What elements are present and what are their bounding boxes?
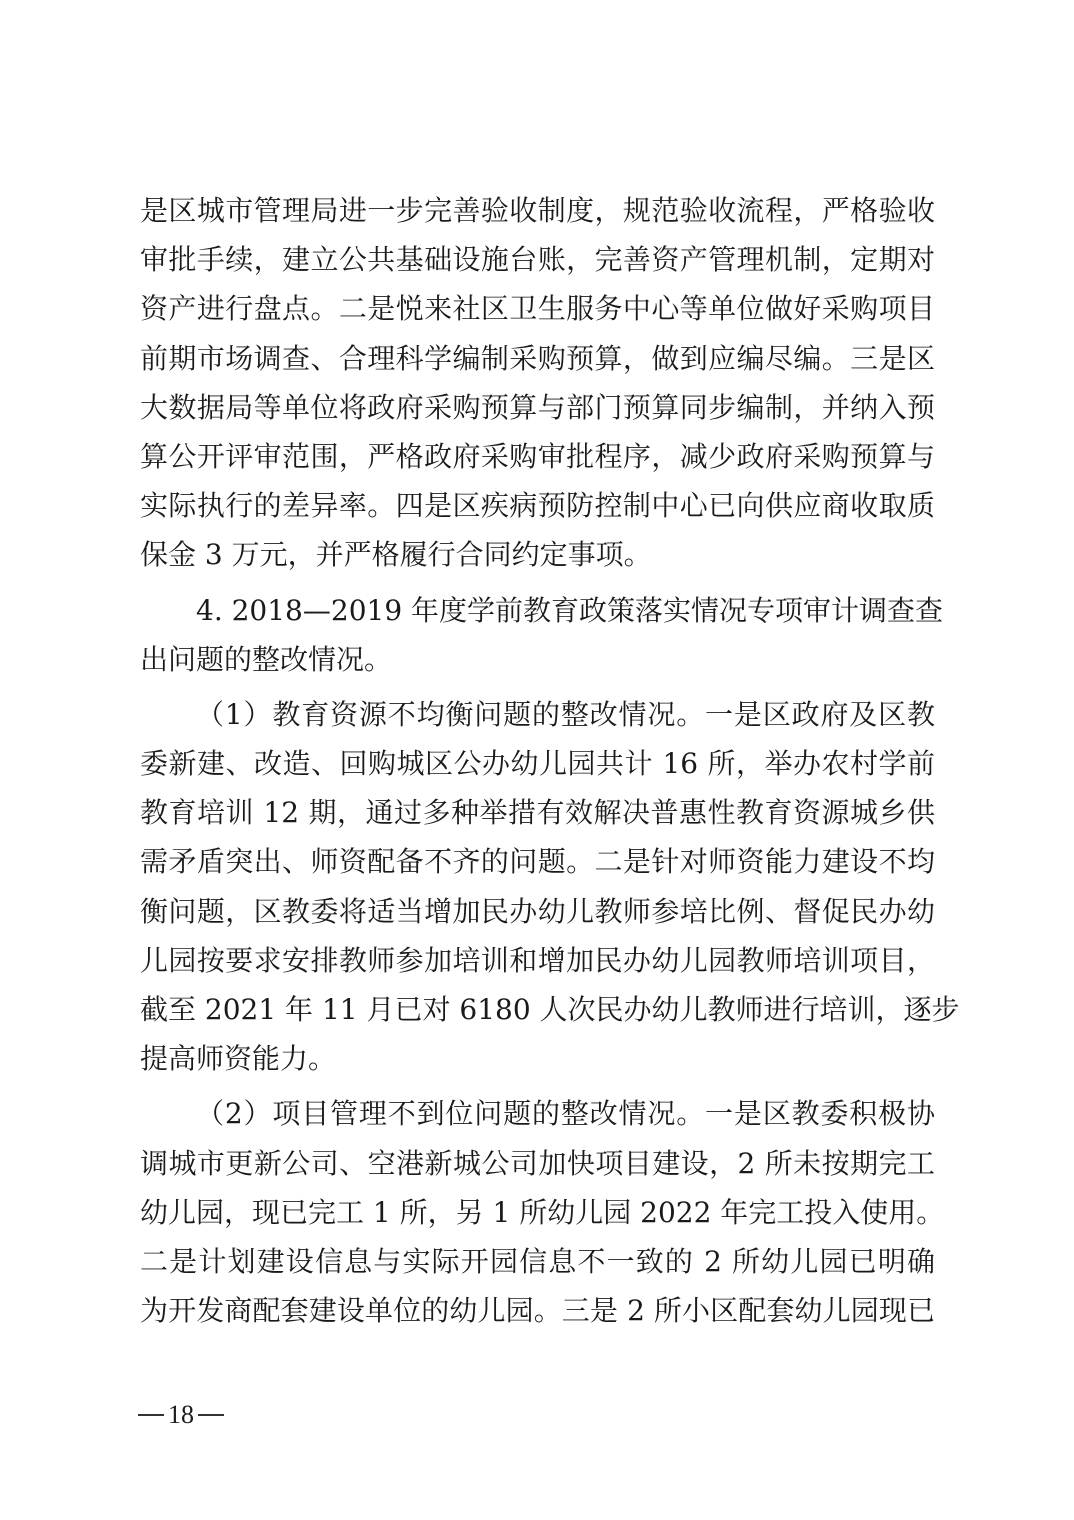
paragraph-section-4: 4. 2018—2019 年度学前教育政策落实情况专项审计调查查 出问题的整改情… (140, 586, 935, 684)
text-line: （2）项目管理不到位问题的整改情况。一是区教委积极协 (140, 1089, 935, 1138)
text-line: 大数据局等单位将政府采购预算与部门预算同步编制，并纳入预 (140, 383, 935, 432)
document-page: 是区城市管理局进一步完善验收制度，规范验收流程，严格验收 审批手续，建立公共基础… (0, 0, 1074, 1520)
text-line: 教育培训 12 期，通过多种举措有效解决普惠性教育资源城乡供 (140, 788, 935, 837)
text-line: 实际执行的差异率。四是区疾病预防控制中心已向供应商收取质 (140, 481, 935, 530)
footer-dash-right (198, 1414, 224, 1416)
text-line: 截至 2021 年 11 月已对 6180 人次民办幼儿教师进行培训，逐步 (140, 985, 935, 1034)
page-footer: 18 (138, 1400, 224, 1430)
paragraph-item-1: （1）教育资源不均衡问题的整改情况。一是区政府及区教 委新建、改造、回购城区公办… (140, 690, 935, 1084)
text-line: 儿园按要求安排教师参加培训和增加民办幼儿园教师培训项目， (140, 936, 935, 985)
text-line: 保金 3 万元，并严格履行合同约定事项。 (140, 530, 935, 579)
text-line: 为开发商配套建设单位的幼儿园。三是 2 所小区配套幼儿园现已 (140, 1286, 935, 1335)
text-line: （1）教育资源不均衡问题的整改情况。一是区政府及区教 (140, 690, 935, 739)
section-heading-line: 出问题的整改情况。 (140, 635, 935, 684)
page-number: 18 (168, 1400, 194, 1430)
text-line: 资产进行盘点。二是悦来社区卫生服务中心等单位做好采购项目 (140, 284, 935, 333)
text-line: 前期市场调查、合理科学编制采购预算，做到应编尽编。三是区 (140, 334, 935, 383)
text-line: 幼儿园，现已完工 1 所，另 1 所幼儿园 2022 年完工投入使用。 (140, 1188, 935, 1237)
text-line: 提高师资能力。 (140, 1034, 935, 1083)
text-line: 委新建、改造、回购城区公办幼儿园共计 16 所，举办农村学前 (140, 739, 935, 788)
section-heading-line: 4. 2018—2019 年度学前教育政策落实情况专项审计调查查 (140, 586, 935, 635)
paragraph-continuation: 是区城市管理局进一步完善验收制度，规范验收流程，严格验收 审批手续，建立公共基础… (140, 186, 935, 580)
footer-dash-left (138, 1414, 164, 1416)
text-line: 审批手续，建立公共基础设施台账，完善资产管理机制，定期对 (140, 235, 935, 284)
body-text: 是区城市管理局进一步完善验收制度，规范验收流程，严格验收 审批手续，建立公共基础… (140, 186, 935, 1335)
paragraph-item-2: （2）项目管理不到位问题的整改情况。一是区教委积极协 调城市更新公司、空港新城公… (140, 1089, 935, 1335)
text-line: 二是计划建设信息与实际开园信息不一致的 2 所幼儿园已明确 (140, 1237, 935, 1286)
text-line: 算公开评审范围，严格政府采购审批程序，减少政府采购预算与 (140, 432, 935, 481)
text-line: 调城市更新公司、空港新城公司加快项目建设，2 所未按期完工 (140, 1139, 935, 1188)
text-line: 衡问题，区教委将适当增加民办幼儿教师参培比例、督促民办幼 (140, 887, 935, 936)
text-line: 是区城市管理局进一步完善验收制度，规范验收流程，严格验收 (140, 186, 935, 235)
text-line: 需矛盾突出、师资配备不齐的问题。二是针对师资能力建设不均 (140, 837, 935, 886)
